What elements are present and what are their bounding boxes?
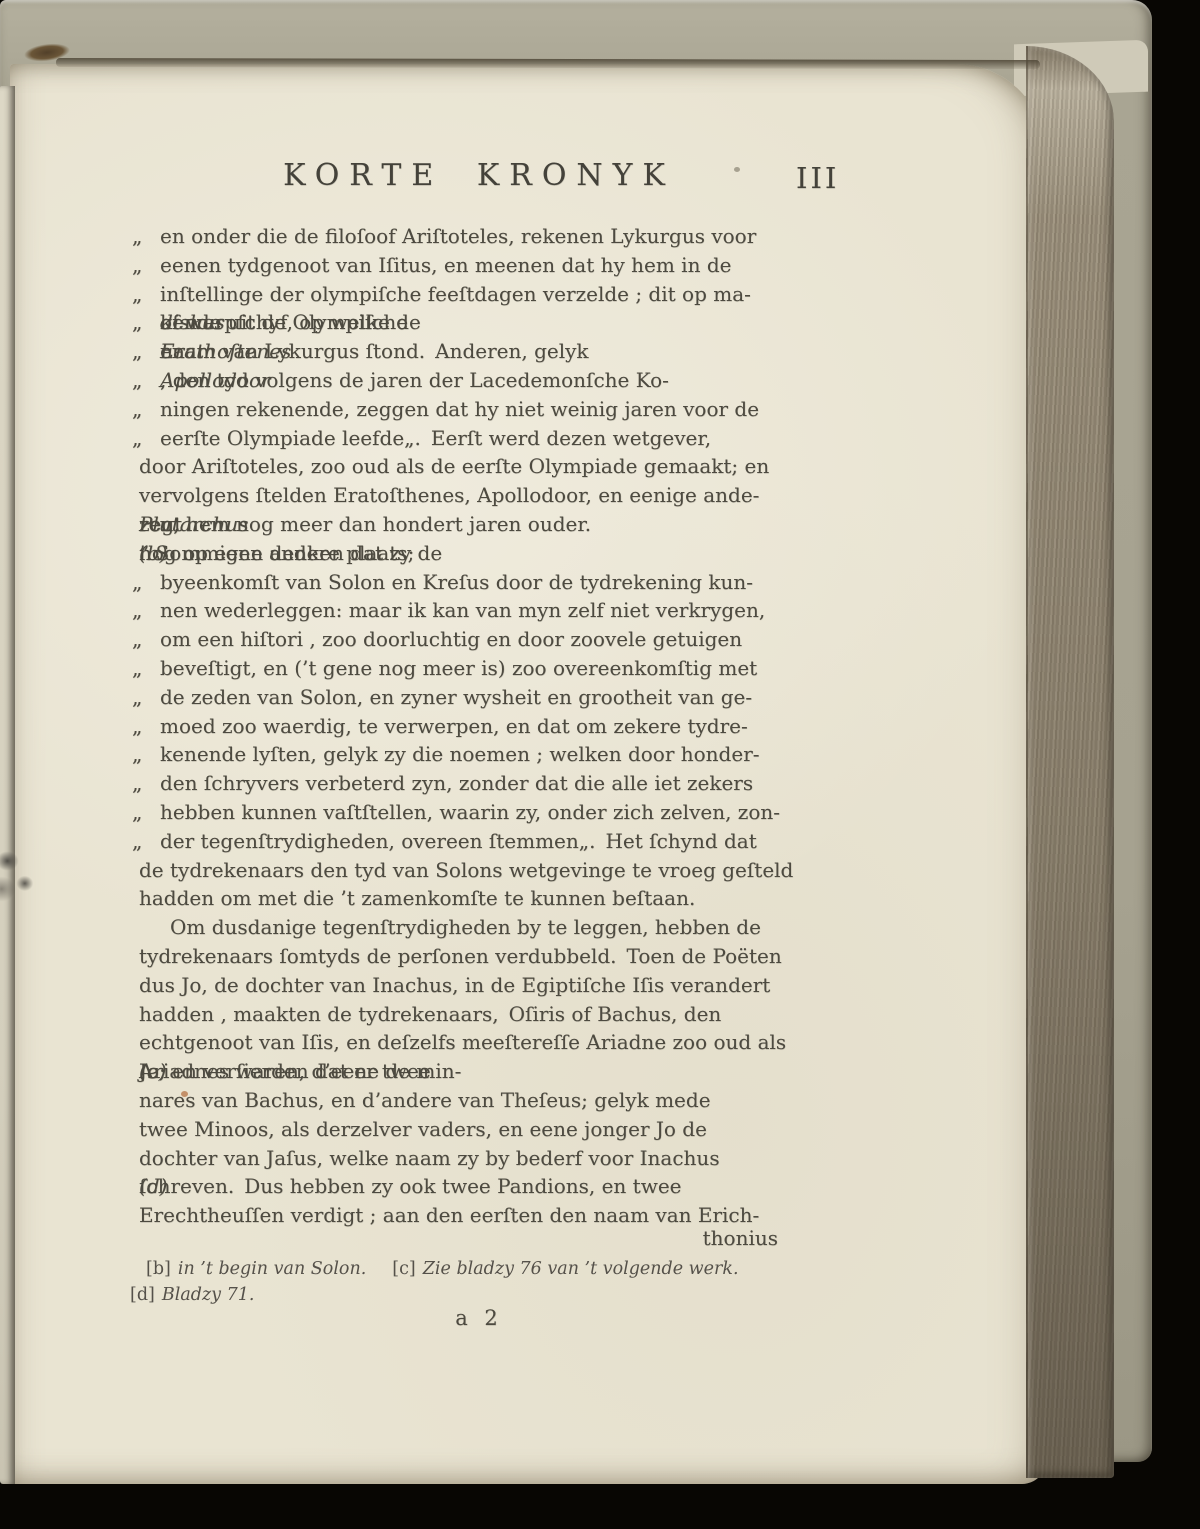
text-line: „nen wederleggen: maar ik kan van myn ze…: [132, 596, 832, 625]
text-line: „inſtellinge der olympiſche feeſtdagen v…: [132, 280, 832, 309]
text-line: Om dusdanige tegenſtrydigheden by te leg…: [132, 913, 832, 942]
text-line: vervolgens ſtelden Eratoſthenes, Apollod…: [132, 481, 832, 510]
ink-smudge: [0, 840, 48, 910]
roman-text: kenende lyſten, gelyk zy die noemen ; we…: [160, 740, 760, 769]
footnotes: [b]in ’t begin van Solon.[c]Zie bladzy 7…: [130, 1256, 846, 1308]
fore-edge-pages: [1026, 46, 1114, 1478]
roman-text: byeenkomſt van Solon en Kreſus door de t…: [160, 568, 753, 597]
roman-text: den ſchryvers verbeterd zyn, zonder dat …: [160, 769, 753, 798]
footnote-text: Bladzy 71.: [162, 1285, 255, 1305]
text-line: de tydrekenaars den tyd van Solons wetge…: [132, 856, 832, 885]
text-line: „naam van Lykurgus ſtond. Anderen, gelyk…: [132, 337, 832, 366]
roman-text: Ariadnes waren, d’eene de min-: [139, 1057, 461, 1086]
italic-text: (d): [139, 1172, 167, 1201]
quote-mark: „: [132, 395, 160, 424]
text-line: „kende uit de Olympiſche diskus of werpſ…: [132, 308, 832, 337]
roman-text: hebben kunnen vaſtſtellen, waarin zy, on…: [160, 798, 780, 827]
roman-text: twee Minoos, als derzelver vaders, en ee…: [139, 1115, 707, 1144]
page-number: III: [796, 161, 839, 195]
roman-text: echtgenoot van Iſis, en deſzelfs meeſter…: [139, 1028, 786, 1057]
quote-mark: „: [132, 740, 160, 769]
quote-mark: „: [132, 251, 160, 280]
roman-text: eenen tydgenoot van Iſitus, en meenen da…: [160, 251, 731, 280]
footnote: [b]in ’t begin van Solon.: [146, 1256, 366, 1282]
roman-text: ” Sommigen denken dat zy de: [139, 539, 442, 568]
text-line: dochter van Jaſus, welke naam zy by bede…: [132, 1144, 832, 1173]
text-line: nares van Bachus, en d’andere van Theſeu…: [132, 1086, 832, 1115]
text-line: ren, hem nog meer dan hondert jaren oude…: [132, 510, 832, 539]
footnote-label: [c]: [392, 1259, 415, 1279]
footnote-row: [b]in ’t begin van Solon.[c]Zie bladzy 7…: [130, 1256, 846, 1282]
roman-text: de tydrekenaars den tyd van Solons wetge…: [139, 856, 793, 885]
text-line: „Apollodoor, den tyd volgens de jaren de…: [132, 366, 832, 395]
footnote-label: [b]: [146, 1259, 171, 1279]
text-line: twee Minoos, als derzelver vaders, en ee…: [132, 1115, 832, 1144]
text-line: hadden om met die ’t zamenkomſte te kunn…: [132, 884, 832, 913]
quote-mark: „: [132, 568, 160, 597]
quote-mark: „: [132, 424, 160, 453]
quote-mark: „: [132, 625, 160, 654]
catchword: thonius: [132, 1226, 832, 1250]
text-line: tydrekenaars ſomtyds de perſonen verdubb…: [132, 942, 832, 971]
text-line: „hebben kunnen vaſtſtellen, waarin zy, o…: [132, 798, 832, 827]
signature-mark: a 2: [128, 1306, 830, 1330]
text-line: „en onder die de filoſoof Ariſtoteles, r…: [132, 222, 832, 251]
book-scan: KORTE KRONYK III „en onder die de filoſo…: [0, 0, 1200, 1529]
roman-text: en onder die de filoſoof Ariſtoteles, re…: [160, 222, 756, 251]
text-line: door Ariſtoteles, zoo oud als de eerſte …: [132, 452, 832, 481]
text-line: „eenen tydgenoot van Iſitus, en meenen d…: [132, 251, 832, 280]
text-line: „der tegenſtrydigheden, overeen ſtemmen„…: [132, 827, 832, 856]
roman-text: vervolgens ſtelden Eratoſthenes, Apollod…: [139, 481, 759, 510]
text-line: dus Jo, de dochter van Inachus, in de Eg…: [132, 971, 832, 1000]
text-line: nog op eene andere plaats; (b) ” Sommige…: [132, 539, 832, 568]
roman-text: zegt: [139, 510, 182, 539]
footnote-text: in ’t begin van Solon.: [178, 1259, 366, 1279]
text-line: „moed zoo waerdig, te verwerpen, en dat …: [132, 712, 832, 741]
roman-text: , den tyd volgens de jaren der Lacedemon…: [160, 366, 669, 395]
quote-mark: „: [132, 596, 160, 625]
quote-mark: „: [132, 222, 160, 251]
roman-text: ſchreven. Dus hebben zy ook twee Pandion…: [139, 1172, 682, 1201]
running-title: KORTE KRONYK: [128, 158, 830, 193]
text-line: „den ſchryvers verbeterd zyn, zonder dat…: [132, 769, 832, 798]
text-line: ſchreven. Dus hebben zy ook twee Pandion…: [132, 1172, 832, 1201]
roman-text: eerſte Olympiade leefde„. Eerſt werd dez…: [160, 424, 711, 453]
text-line: hadden , maakten de tydrekenaars, Oſiris…: [132, 1000, 832, 1029]
roman-text: nares van Bachus, en d’andere van Theſeu…: [139, 1086, 711, 1115]
quote-mark: „: [132, 769, 160, 798]
roman-text: dus Jo, de dochter van Inachus, in de Eg…: [139, 971, 770, 1000]
quote-mark: „: [132, 337, 160, 366]
roman-text: hadden , maakten de tydrekenaars, Oſiris…: [139, 1000, 721, 1029]
roman-text: nen wederleggen: maar ik kan van myn zel…: [160, 596, 765, 625]
roman-text: de zeden van Solon, en zyner wysheit en …: [160, 683, 752, 712]
roman-text: tydrekenaars ſomtyds de perſonen verdubb…: [139, 942, 782, 971]
footnote: [c]Zie bladzy 76 van ’t volgende werk.: [392, 1256, 738, 1282]
footnote-text: Zie bladzy 76 van ’t volgende werk.: [423, 1259, 739, 1279]
text-line: „byeenkomſt van Solon en Kreſus door de …: [132, 568, 832, 597]
bottom-background: [0, 1484, 1012, 1529]
text-line: „beveſtigt, en (’t gene nog meer is) zoo…: [132, 654, 832, 683]
roman-text: der tegenſtrydigheden, overeen ſtemmen„.…: [160, 827, 757, 856]
text-line: echtgenoot van Iſis, en deſzelfs meeſter…: [132, 1028, 832, 1057]
roman-text: beveſtigt, en (’t gene nog meer is) zoo …: [160, 654, 757, 683]
quote-mark: „: [132, 366, 160, 395]
roman-text: en: [160, 337, 185, 366]
text-line: „eerſte Olympiade leefde„. Eerſt werd de…: [132, 424, 832, 453]
left-page-edge: [0, 86, 15, 1484]
footnote-row: [d]Bladzy 71.: [130, 1282, 846, 1308]
text-line: Jo; en verſierden dat er twee (e) Ariadn…: [132, 1057, 832, 1086]
body-text: „en onder die de filoſoof Ariſtoteles, r…: [132, 222, 832, 1230]
quote-mark: „: [132, 827, 160, 856]
footnote-label: [d]: [130, 1285, 155, 1305]
text-line: „ningen rekenende, zeggen dat hy niet we…: [132, 395, 832, 424]
text-line: „de zeden van Solon, en zyner wysheit en…: [132, 683, 832, 712]
roman-text: om een hiſtori , zoo doorluchtig en door…: [160, 625, 742, 654]
roman-text: hadden om met die ’t zamenkomſte te kunn…: [139, 884, 695, 913]
quote-mark: „: [132, 308, 160, 337]
text-line: „kenende lyſten, gelyk zy die noemen ; w…: [132, 740, 832, 769]
quote-mark: „: [132, 712, 160, 741]
roman-text: of werpſchyf, op welke de: [160, 308, 421, 337]
quote-mark: „: [132, 798, 160, 827]
text-line: „om een hiſtori , zoo doorluchtig en doo…: [132, 625, 832, 654]
quote-mark: „: [132, 654, 160, 683]
roman-text: ningen rekenende, zeggen dat hy niet wei…: [160, 395, 759, 424]
roman-text: dochter van Jaſus, welke naam zy by bede…: [139, 1144, 720, 1173]
quote-mark: „: [132, 280, 160, 309]
roman-text: moed zoo waerdig, te verwerpen, en dat o…: [160, 712, 748, 741]
roman-text: inſtellinge der olympiſche feeſtdagen ve…: [160, 280, 751, 309]
footnote: [d]Bladzy 71.: [130, 1282, 254, 1308]
quote-mark: „: [132, 683, 160, 712]
roman-text: door Ariſtoteles, zoo oud als de eerſte …: [139, 452, 769, 481]
roman-text: Om dusdanige tegenſtrydigheden by te leg…: [170, 913, 761, 942]
